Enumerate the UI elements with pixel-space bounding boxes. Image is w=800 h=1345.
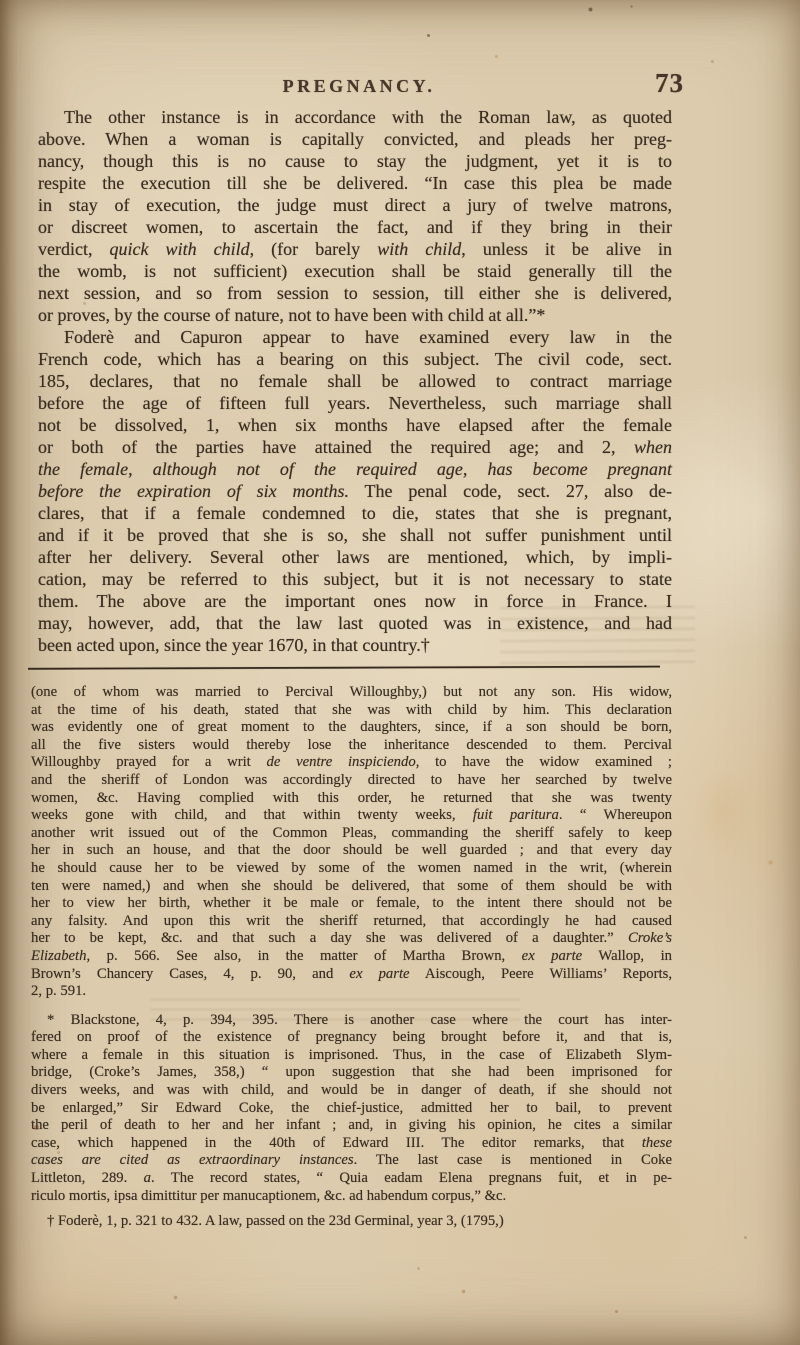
text-line: Elizabeth, p. 566. See also, in the matt… (31, 948, 672, 966)
running-title: PREGNANCY. (46, 76, 672, 97)
text-line: be enlarged,” Sir Edward Coke, the chief… (31, 1100, 672, 1118)
text-line: or discreet women, to ascertain the fact… (38, 216, 672, 238)
text-line: her to be kept, &c. and that such a day … (31, 930, 672, 948)
text-line: them. The above are the important ones n… (38, 590, 672, 612)
text-line: the peril of death to her and her infant… (31, 1117, 672, 1135)
text-line: * Blackstone, 4, p. 394, 395. There is a… (31, 1012, 672, 1030)
text-line: † Foderè, 1, p. 321 to 432. A law, passe… (31, 1213, 672, 1231)
text-line: Willoughby prayed for a writ de ventre i… (31, 754, 672, 772)
text-line: before the expiration of six months. The… (38, 480, 672, 502)
text-line: her in such an house, and that the door … (31, 842, 672, 860)
text-line: The other instance is in accordance with… (38, 106, 672, 128)
text-line: may, however, add, that the law last quo… (38, 612, 672, 634)
text-line: nancy, though this is no cause to stay t… (38, 150, 672, 172)
text-line: women, &c. Having complied with this ord… (31, 790, 672, 808)
text-line: clares, that if a female condemned to di… (38, 502, 672, 524)
text-line: he should cause her to be viewed by some… (31, 860, 672, 878)
text-line: another writ issued out of the Common Pl… (31, 825, 672, 843)
text-line: French code, which has a bearing on this… (38, 348, 672, 370)
paragraph: (one of whom was married to Percival Wil… (31, 684, 672, 1001)
text-line: not be dissolved, 1, when six months hav… (38, 414, 672, 436)
text-line: her to view her birth, whether it be mal… (31, 895, 672, 913)
text-line: and the sheriff of London was accordingl… (31, 772, 672, 790)
text-line: where a female in this situation is impr… (31, 1047, 672, 1065)
text-line: before the age of fifteen full years. Ne… (38, 392, 672, 414)
text-line: 185, declares, that no female shall be a… (38, 370, 672, 392)
text-line: or both of the parties have attained the… (38, 436, 672, 458)
text-line: respite the execution till she be delive… (38, 172, 672, 194)
text-line: cases are cited as extraordinary instanc… (31, 1152, 672, 1170)
paragraph: † Foderè, 1, p. 321 to 432. A law, passe… (31, 1213, 672, 1231)
paragraph: Foderè and Capuron appear to have examin… (38, 326, 672, 656)
text-line: in stay of execution, the judge must dir… (38, 194, 672, 216)
text-line: or proves, by the course of nature, not … (38, 304, 672, 326)
text-line: bridge, (Croke’s James, 358,) “ upon sug… (31, 1064, 672, 1082)
text-line: weeks gone with child, and that within t… (31, 807, 672, 825)
page-number: 73 (655, 68, 684, 99)
text-line: (one of whom was married to Percival Wil… (31, 684, 672, 702)
paper-specks (0, 0, 1, 1)
paragraph: * Blackstone, 4, p. 394, 395. There is a… (31, 1012, 672, 1206)
footnote-divider-rule (28, 665, 660, 670)
text-line: and if it be proved that she is so, she … (38, 524, 672, 546)
text-line: fered on proof of the existence of pregn… (31, 1029, 672, 1047)
text-line: at the time of his death, stated that sh… (31, 702, 672, 720)
text-line: any falsity. And upon this writ the sher… (31, 913, 672, 931)
text-line: the female, although not of the required… (38, 458, 672, 480)
footnotes: (one of whom was married to Percival Wil… (31, 684, 672, 1231)
text-line: divers weeks, and was with child, and wo… (31, 1082, 672, 1100)
main-text: The other instance is in accordance with… (38, 106, 672, 656)
page-header: PREGNANCY. 73 (38, 74, 672, 104)
text-line: above. When a woman is capitally convict… (38, 128, 672, 150)
text-line: been acted upon, since the year 1670, in… (38, 634, 672, 656)
text-line: Foderè and Capuron appear to have examin… (38, 326, 672, 348)
text-line: after her delivery. Several other laws a… (38, 546, 672, 568)
text-line: riculo mortis, ipsa dimittitur per manuc… (31, 1188, 672, 1206)
text-line: Littleton, 289. a. The record states, “ … (31, 1170, 672, 1188)
text-line: 2, p. 591. (31, 983, 672, 1001)
text-line: case, which happened in the 40th of Edwa… (31, 1135, 672, 1153)
text-line: all the five sisters would thereby lose … (31, 737, 672, 755)
paragraph: The other instance is in accordance with… (38, 106, 672, 326)
text-line: cation, may be referred to this subject,… (38, 568, 672, 590)
text-line: ten were named,) and when she should be … (31, 878, 672, 896)
text-line: verdict, quick with child, (for barely w… (38, 238, 672, 260)
page-binding-shadow (0, 0, 18, 1345)
text-line: Brown’s Chancery Cases, 4, p. 90, and ex… (31, 966, 672, 984)
text-line: was evidently one of great moment to the… (31, 719, 672, 737)
text-line: next session, and so from session to ses… (38, 282, 672, 304)
book-page: PREGNANCY. 73 The other instance is in a… (0, 0, 800, 1345)
paper-stain (688, 756, 758, 866)
text-line: the womb, is not sufficient) execution s… (38, 260, 672, 282)
